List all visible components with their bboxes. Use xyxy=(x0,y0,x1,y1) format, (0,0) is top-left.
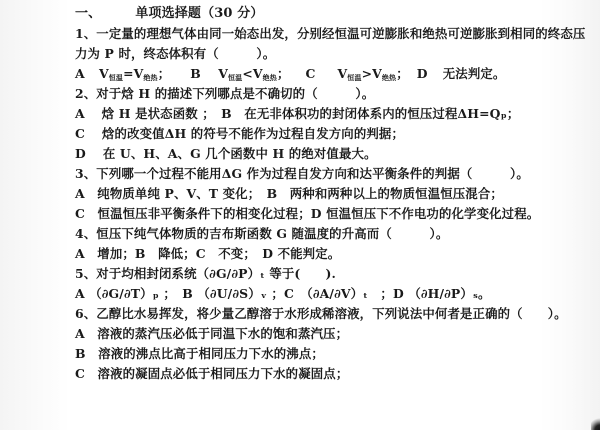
question-6-option-a: A 溶液的蒸汽压必低于同温下水的饱和蒸汽压； xyxy=(75,326,348,342)
question-2-option-line-2: C 焓的改变值ΔH 的符号不能作为过程自发方向的判据； xyxy=(75,126,404,142)
option-letter: B xyxy=(190,66,218,82)
question-2-stem: 2、对于焓 H 的描述下列哪点是不确切的（ ）。 xyxy=(75,86,374,102)
question-1-stem-line-2: 力为 P 时，终态体积有（ ）。 xyxy=(75,46,275,62)
question-3-stem: 3、下列哪一个过程不能用ΔG 作为过程自发方向和达平衡条件的判据（ ）。 xyxy=(75,166,529,182)
option-c-text: V恒温>V绝热； xyxy=(338,66,409,81)
question-1-options: AV恒温=V绝热；BV恒温<V绝热；CV恒温>V绝热；D无法判定。 xyxy=(75,66,505,86)
option-letter: C xyxy=(306,66,338,82)
question-3-option-line-2: C 恒温恒压非平衡条件下的相变化过程；D 恒温恒压下不作电功的化学变化过程。 xyxy=(75,206,539,222)
question-4-options: A 增加；B 降低；C 不变； D 不能判定。 xyxy=(75,246,340,262)
question-6-option-b: B 溶液的沸点比高于相同压力下水的沸点； xyxy=(75,346,324,362)
question-5-options: A （∂G/∂T）ₚ ； B （∂U/∂S）ᵥ ；C （∂A/∂V）ₜ ；D （… xyxy=(75,286,491,302)
scan-corner-mark xyxy=(591,418,600,430)
question-2-option-line-1: A 焓 H 是状态函数 ； B 在无非体积功的封闭体系内的恒压过程ΔH=Qₚ； xyxy=(75,106,519,122)
question-6-stem: 6、乙醇比水易挥发，将少量乙醇溶于水形成稀溶液，下列说法中何者是正确的（ ）。 xyxy=(75,306,567,322)
section-number: 一、 xyxy=(75,6,101,21)
option-letter: D xyxy=(417,66,443,82)
question-1-stem-line-1: 1、一定量的理想气体由同一始态出发，分别经恒温可逆膨胀和绝热可逆膨胀到相同的终态… xyxy=(75,26,585,42)
question-6-option-c: C 溶液的凝固点必低于相同压力下水的凝固点； xyxy=(75,366,348,382)
option-b-text: V恒温<V绝热； xyxy=(218,66,289,81)
option-d-text: 无法判定。 xyxy=(443,66,506,81)
question-4-stem: 4、恒压下纯气体物质的吉布斯函数 G 随温度的升高而（ ）。 xyxy=(75,226,448,242)
question-3-option-line-1: A 纯物质单纯 P、V、T 变化； B 两种和两种以上的物质恒温恒压混合； xyxy=(75,186,503,202)
question-5-stem: 5、对于均相封闭系统（∂G/∂P）ₜ 等于( ). xyxy=(75,266,336,282)
option-letter: A xyxy=(75,66,99,82)
question-2-option-line-3: D 在 U、H、A、G 几个函数中 H 的绝对值最大。 xyxy=(75,146,377,162)
option-a-text: V恒温=V绝热； xyxy=(99,66,170,81)
exam-page: 一、单项选择题（30 分） 1、一定量的理想气体由同一始态出发，分别经恒温可逆膨… xyxy=(0,0,600,430)
section-header: 一、单项选择题（30 分） xyxy=(75,6,264,22)
section-title: 单项选择题（30 分） xyxy=(135,6,263,21)
